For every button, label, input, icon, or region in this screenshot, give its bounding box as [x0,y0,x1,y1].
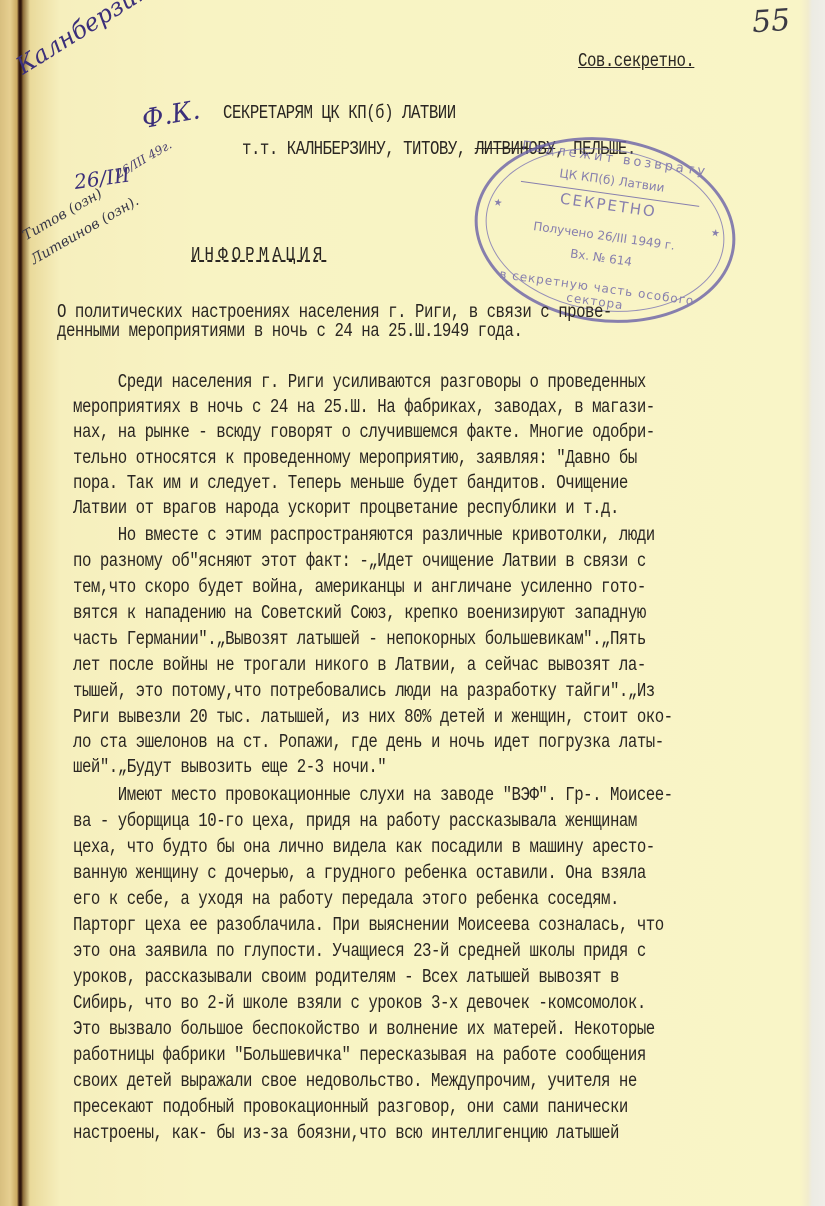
body-line: уроков, рассказывали своим родителям - В… [73,968,619,987]
body-line: настроены, как- бы из-за боязни,что всю … [73,1124,619,1143]
body-line: Сибирь, что во 2-й школе взяли с уроков … [73,994,646,1013]
body-line: это она заявила по глупости. Учащиеся 23… [73,942,646,961]
classification-mark: Сов.секретно. [578,52,694,71]
body-line: пора. Так им и следует. Теперь меньше бу… [73,474,628,493]
body-line: шей".„Будут вывозить еще 2-3 ночи." [73,758,386,777]
body-line: Среди населения г. Риги усиливаются разг… [73,373,646,392]
body-line: Это вызвало большое беспокойство и волне… [73,1020,655,1039]
folio-number: 55 [751,3,792,41]
body-line: тышей, это потому,что потребовались люди… [73,682,655,701]
handwritten-date-2: 26/III 49г. [113,138,174,181]
body-line: Но вместе с этим распространяются различ… [73,526,655,545]
body-line: Латвии от врагов народа ускорит процвета… [73,499,619,518]
body-line: часть Германии".„Вывозят латышей - непок… [73,630,646,649]
handwritten-signature: Ф.К. [140,95,203,135]
body-line: мероприятиях в ночь с 24 на 25.Ш. На фаб… [73,398,655,417]
body-line: его к себе, а уходя на работу передала э… [73,890,619,909]
body-line: лет после войны не трогали никого в Латв… [73,656,646,675]
body-line: тем,что скоро будет война, американцы и … [73,578,646,597]
body-line: ло ста эшелонов на ст. Ропажи, где день … [73,733,664,752]
body-line: Парторг цеха ее разоблачила. При выяснен… [73,916,664,935]
body-line: Имеют место провокационные слухи на заво… [73,786,673,805]
body-line: работницы фабрики "Большевичка" пересказ… [73,1046,646,1065]
subject-line-2: денными мероприятиями в ночь с 24 на 25.… [57,322,522,341]
body-line: нах, на рынке - всюду говорят о случивше… [73,423,655,442]
body-line: ванную женщину с дочерью, а грудного реб… [73,864,646,883]
body-line: вятся к нападению на Советский Союз, кре… [73,604,646,623]
body-line: своих детей выражали свое недовольство. … [73,1072,637,1091]
document-page: 55 Сов.секретно. Калнберзин читал Ф.К. 2… [0,0,825,1206]
body-line: по разному об"ясняют этот факт: -„Идет о… [73,552,646,571]
handwritten-note: Калнберзин читал [11,0,232,80]
addressee-line-1: СЕКРЕТАРЯМ ЦК КП(б) ЛАТВИИ [223,104,456,123]
body-line: пресекают подобный провокационный разгов… [73,1098,628,1117]
body-line: Риги вывезли 20 тыс. латышей, из них 80%… [73,708,673,727]
body-line: ва - уборщица 10-го цеха, придя на работ… [73,812,637,831]
stamp-number-value: 614 [608,252,633,269]
body-line: тельно относятся к проведенному мероприя… [73,449,637,468]
body-line: цеха, что будто бы она лично видела как … [73,838,655,857]
addressee-names: т.т. КАЛНБЕРЗИНУ, ТИТОВУ, [242,138,475,160]
document-title: ИНФОРМАЦИЯ [191,246,326,265]
